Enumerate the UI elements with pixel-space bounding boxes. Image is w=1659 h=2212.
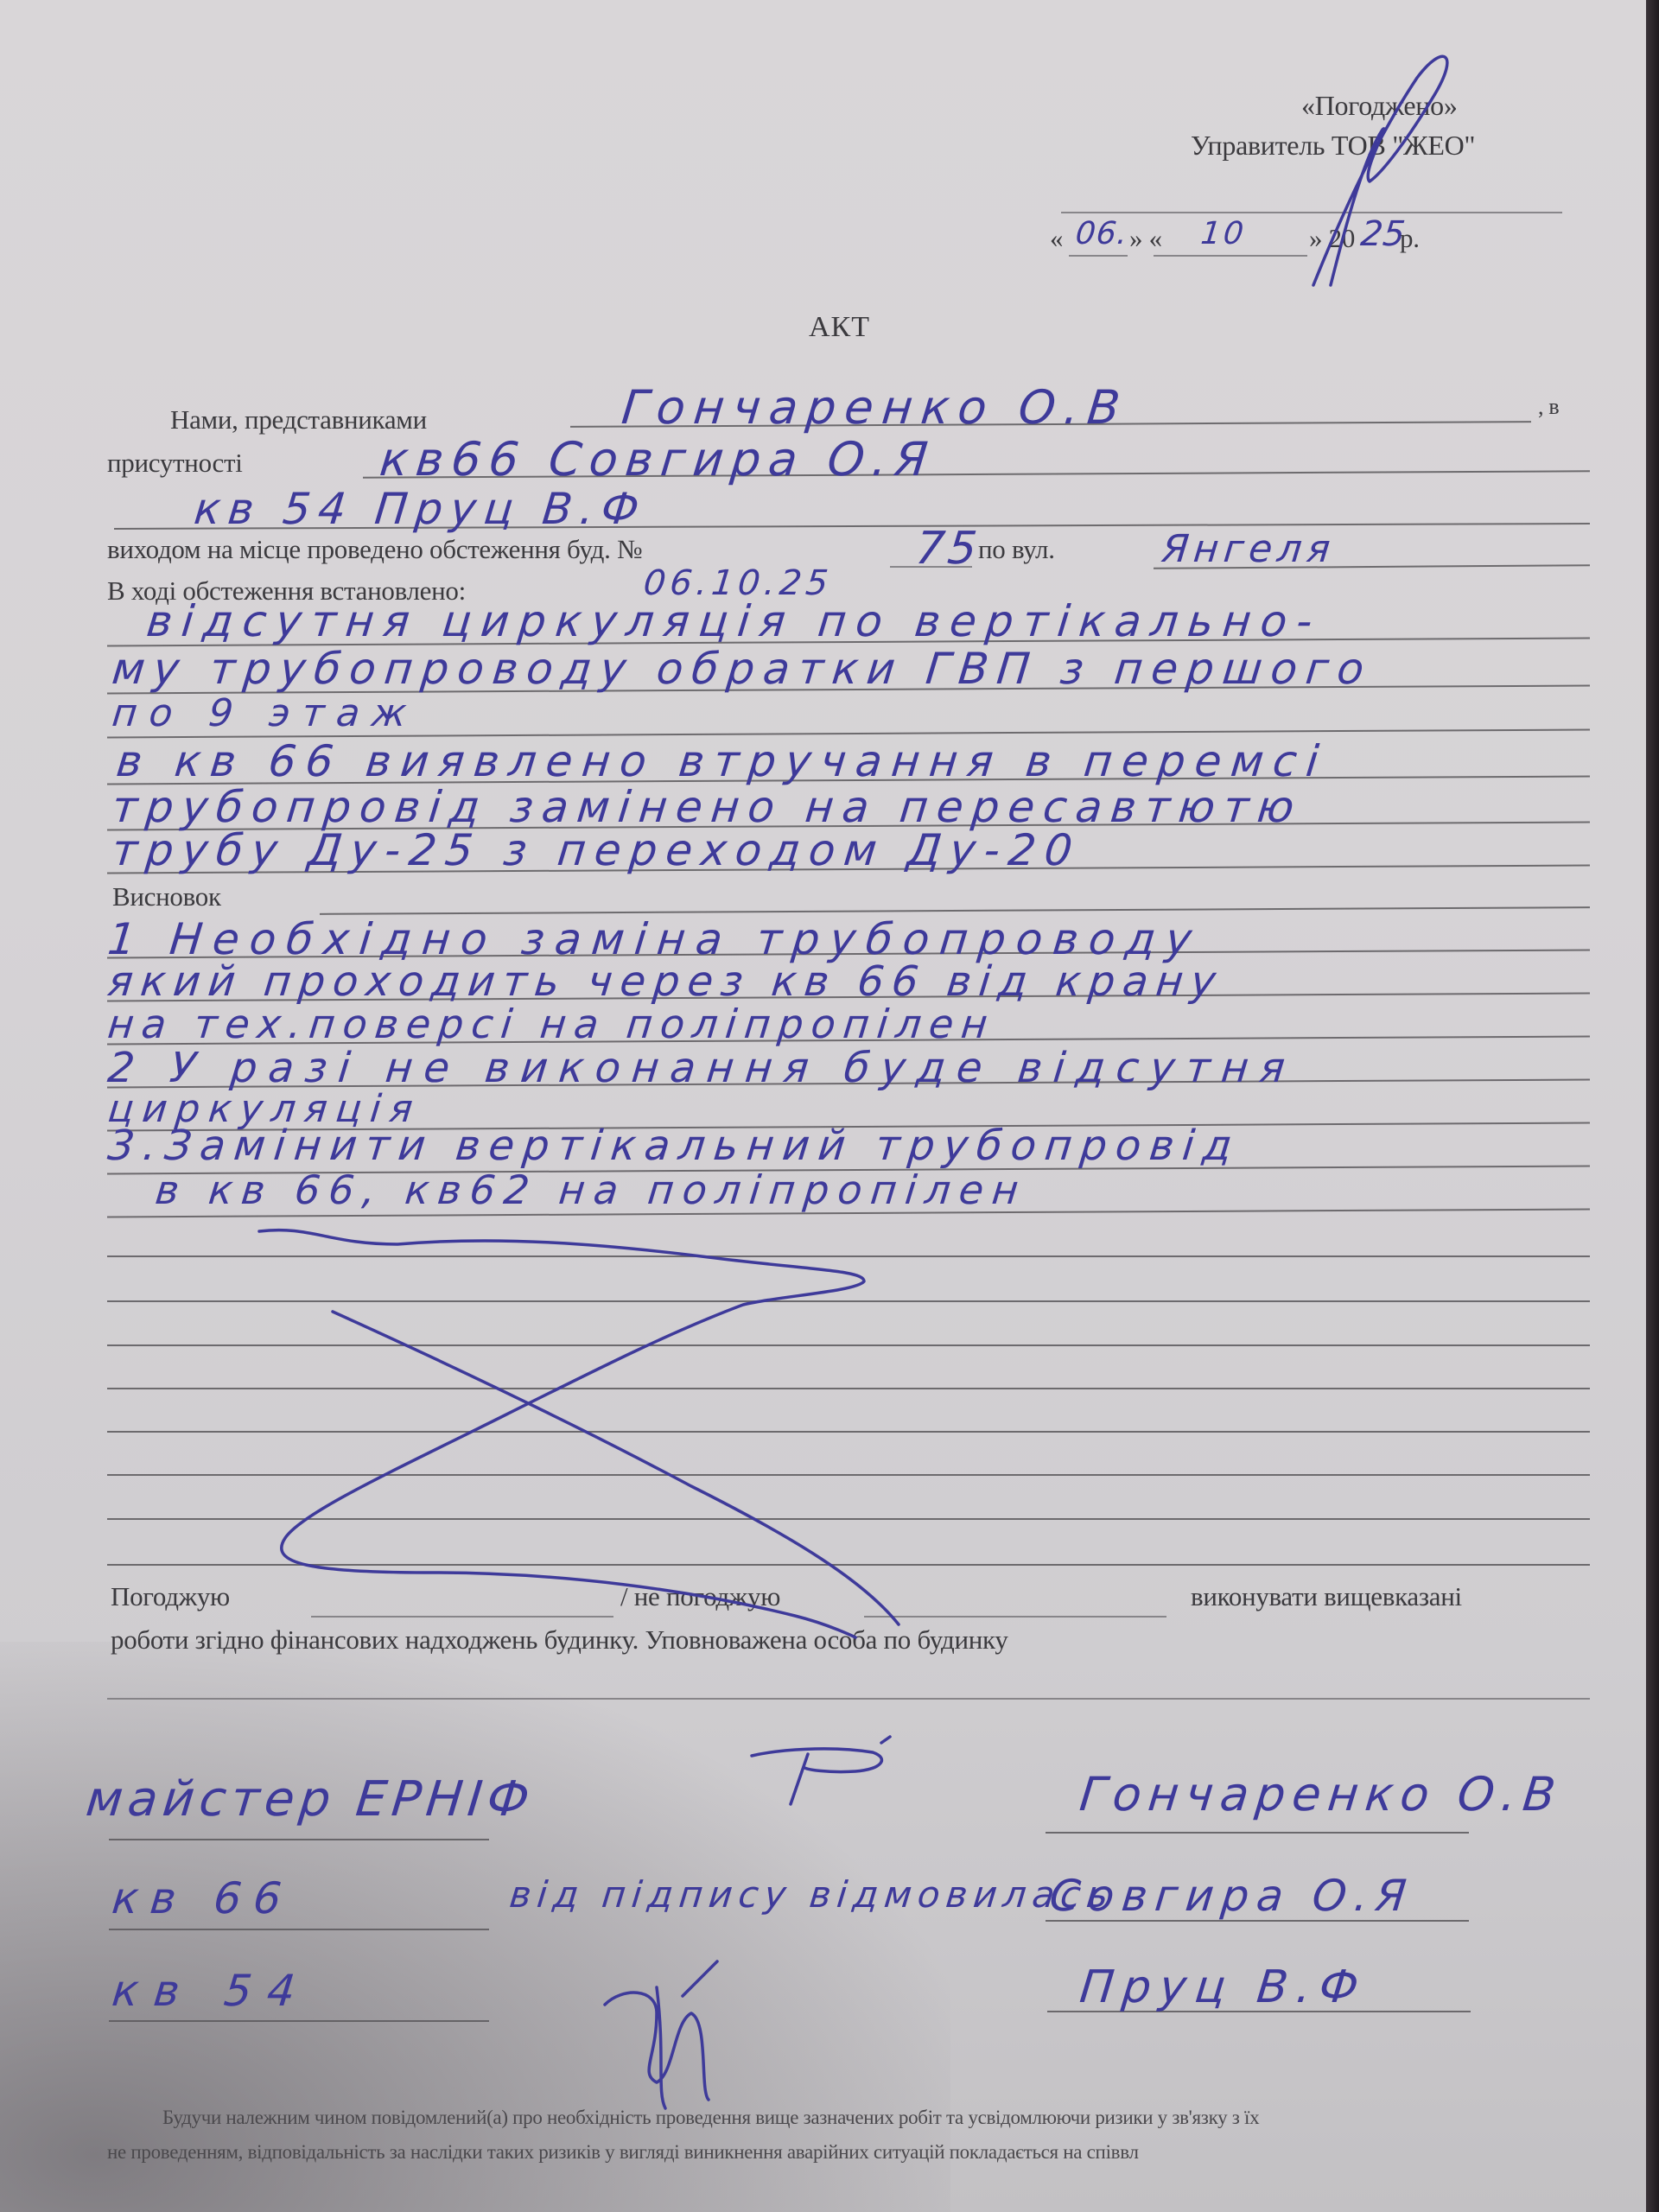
document-title: АКТ (809, 311, 870, 344)
agree-label: Погоджую (111, 1581, 230, 1612)
agree-line (311, 1616, 613, 1618)
date-day-line (1069, 255, 1128, 257)
finding-line-1: відсутня циркуляція по вертікально- (144, 596, 1325, 646)
perform-label: виконувати вищевказані (1191, 1581, 1462, 1612)
date-mid-quote: » « (1129, 223, 1162, 254)
blank-line-6 (107, 1474, 1590, 1476)
sig-left-line-2 (109, 1929, 489, 1930)
footer-disclaimer-1: Будучи належним чином повідомлений(а) пр… (162, 2107, 1259, 2129)
page-edge-shadow (1646, 0, 1659, 2212)
signature-row-1-left: майстер ЕРНІФ (84, 1771, 537, 1827)
conclusion-item-1b: який проходить через кв 66 від крану (105, 957, 1226, 1006)
middle-signature-icon (752, 1737, 890, 1804)
blank-line-2 (107, 1300, 1590, 1302)
street-label: по вул. (978, 534, 1055, 565)
inspection-label: виходом на місце проведено обстеження бу… (107, 534, 642, 565)
sig-left-line-1 (109, 1839, 489, 1840)
conclusion-item-3: 3.Замінити вертікальний трубопровід (105, 1122, 1243, 1170)
disagree-label: / не погоджую (620, 1581, 780, 1612)
signature-row-2-right: Совгира О.Я (1047, 1871, 1416, 1921)
disagree-line (864, 1616, 1166, 1618)
blank-line-7 (107, 1518, 1590, 1520)
conclusion-label: Висновок (112, 881, 221, 912)
manager-title: Управитель ТОВ "ЖЕО" (1191, 130, 1475, 162)
signature-row-1-right: Гончаренко О.В (1077, 1767, 1565, 1821)
street-name: Янгеля (1160, 527, 1337, 571)
footer-disclaimer-2: не проведенням, відповідальність за насл… (107, 2141, 1139, 2164)
authorized-person-line (107, 1698, 1590, 1700)
presence-entry-2: кв 54 Пруц В.Ф (192, 484, 649, 534)
conclusion-item-1c: на тех.поверсі на поліпропілен (105, 1001, 997, 1047)
agreement-line-2: роботи згідно фінансових надходжень буди… (111, 1624, 1008, 1656)
crossout-diagonal-icon (333, 1312, 899, 1624)
signature-row-2-left: кв 66 (110, 1873, 296, 1923)
date-year-prefix: » 20 (1309, 223, 1355, 254)
representatives-label: Нами, представниками (170, 404, 427, 435)
blank-line-4 (107, 1388, 1590, 1389)
date-day: 06. (1074, 216, 1130, 251)
kv54-signature-icon (605, 1961, 717, 2108)
finding-line-4: в кв 66 виявлено втручання в перемсі (114, 736, 1331, 786)
presence-entry-1: кв66 Совгира О.Я (378, 432, 938, 486)
representative-name: Гончаренко О.В (620, 380, 1131, 435)
date-month: 10 (1199, 216, 1248, 251)
blank-line-5 (107, 1431, 1590, 1433)
sig-left-line-3 (109, 2020, 489, 2022)
signature-row-3-left: кв 54 (110, 1966, 313, 2016)
approval-status: «Погоджено» (1301, 90, 1458, 122)
approval-signature-line (1061, 212, 1562, 213)
finding-line-2: му трубопроводу обратки ГВП з першого (110, 644, 1375, 694)
blank-line-3 (107, 1344, 1590, 1346)
in-presence-suffix: , в (1538, 394, 1559, 420)
blank-line-8 (107, 1564, 1590, 1566)
finding-line-6: трубу Ду-25 з переходом Ду-20 (110, 825, 1084, 875)
blank-line-1 (107, 1255, 1590, 1257)
presence-label: присутності (107, 448, 243, 479)
signature-row-3-right: Пруц В.Ф (1077, 1961, 1370, 2013)
building-number: 75 (913, 523, 982, 575)
date-year-end: р. (1400, 223, 1420, 254)
conclusion-item-3b: в кв 66, кв62 на поліпропілен (153, 1166, 1029, 1213)
crossout-z-icon (259, 1230, 864, 1637)
date-month-line (1154, 255, 1307, 257)
sig-right-line-1 (1046, 1832, 1469, 1834)
document-page: «Погоджено» Управитель ТОВ "ЖЕО" « 06. »… (0, 0, 1646, 2212)
signature-row-2-middle: від підпису відмовилась (507, 1873, 1116, 1916)
conclusion-item-2: 2 У разі не виконання буде відсутня (105, 1044, 1299, 1092)
finding-line-3: по 9 этаж (110, 691, 420, 735)
date-open-quote: « (1050, 223, 1063, 254)
